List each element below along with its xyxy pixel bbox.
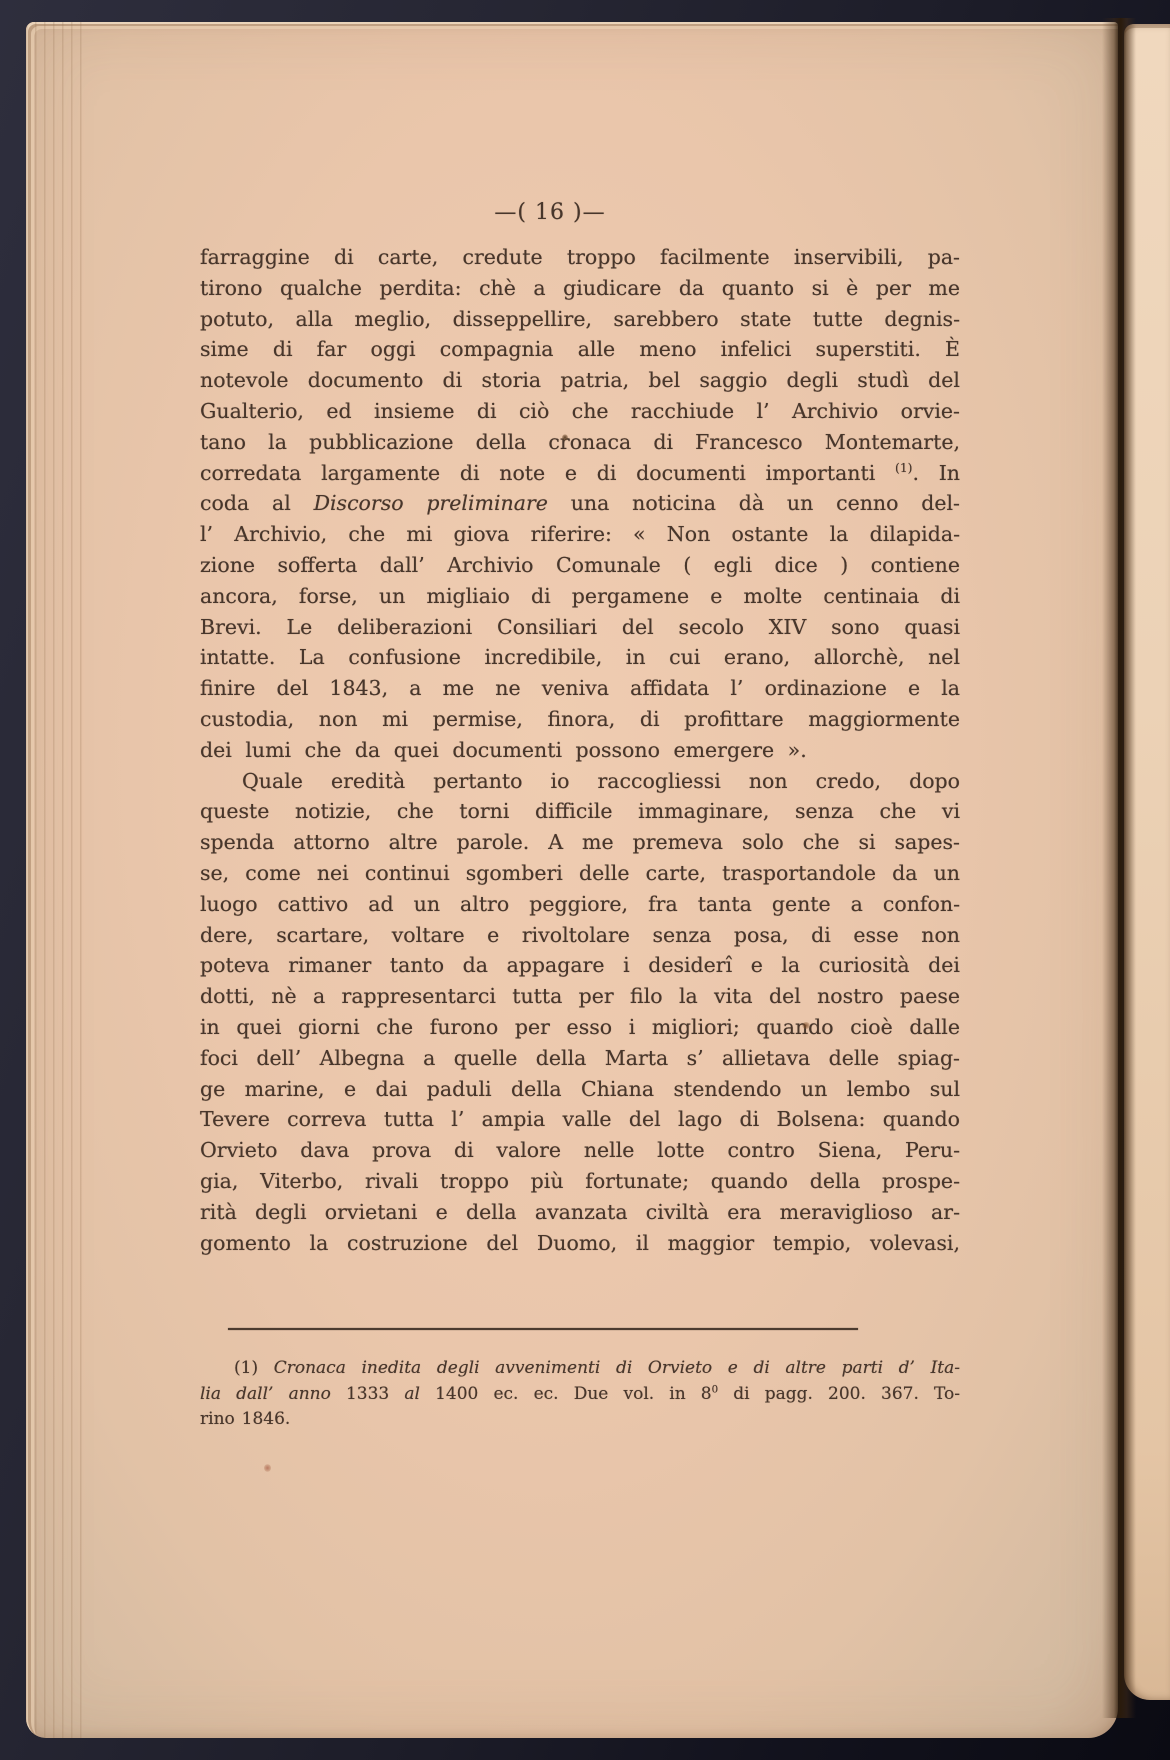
text-line: lia dall’ anno 1333 al 1400 ec. ec. Due … (200, 1382, 960, 1408)
text-segment: gomento la costruzione del Duomo, il mag… (200, 1231, 960, 1255)
text-segment: sime di far oggi compagnia alle meno inf… (200, 337, 960, 361)
text-line: l’ Archivio, che mi giova riferire: « No… (200, 519, 960, 550)
text-line: poteva rimaner tanto da appagare i desid… (200, 950, 960, 981)
text-segment: potuto, alla meglio, disseppellire, sare… (200, 307, 960, 331)
text-line: dotti, nè a rappresentarci tutta per fil… (200, 981, 960, 1012)
book-gutter-shadow (1102, 18, 1136, 1718)
text-segment: rità degli orvietani e della avanzata ci… (200, 1200, 960, 1224)
footnote: (1) Cronaca inedita degli avvenimenti di… (200, 1356, 960, 1433)
text-line: luogo cattivo ad un altro peggiore, fra … (200, 889, 960, 920)
paper-stain (802, 1022, 810, 1029)
text-segment: notevole documento di storia patria, bel… (200, 368, 960, 392)
text-segment: . In (912, 461, 960, 485)
text-segment: 1333 (346, 1384, 404, 1404)
text-segment: tano la pubblicazione della cronaca di F… (200, 430, 960, 454)
text-segment: al (404, 1384, 420, 1404)
text-segment: Discorso preliminare (314, 491, 548, 515)
text-line: gomento la costruzione del Duomo, il mag… (200, 1228, 960, 1259)
text-line: Quale eredità pertanto io raccogliessi n… (200, 766, 960, 797)
text-segment: spenda attorno altre parole. A me premev… (200, 830, 960, 854)
text-line: ancora, forse, un migliaio di pergamene … (200, 581, 960, 612)
text-segment: l’ Archivio, che mi giova riferire: « No… (200, 522, 960, 546)
text-line: queste notizie, che torni difficile imma… (200, 796, 960, 827)
text-line: notevole documento di storia patria, bel… (200, 365, 960, 396)
text-segment: Tevere correva tutta l’ ampia valle del … (200, 1107, 960, 1131)
text-segment: queste notizie, che torni difficile imma… (200, 799, 960, 823)
text-line: finire del 1843, a me ne veniva affidata… (200, 673, 960, 704)
text-line: dere, scartare, voltare e rivoltolare se… (200, 920, 960, 951)
text-segment: rino 1846. (200, 1409, 290, 1429)
text-segment: dotti, nè a rappresentarci tutta per fil… (200, 984, 960, 1008)
text-segment: (1) (895, 461, 912, 475)
text-segment: Quale eredità pertanto io raccogliessi n… (242, 769, 960, 793)
text-line: coda al Discorso preliminare una noticin… (200, 488, 960, 519)
text-line: se, come nei continui sgomberi delle car… (200, 858, 960, 889)
text-segment: luogo cattivo ad un altro peggiore, fra … (200, 892, 960, 916)
text-line: corredata largamente di note e di docume… (200, 458, 960, 489)
text-segment: gia, Viterbo, rivali troppo più fortunat… (200, 1169, 960, 1193)
scanned-book-photo: —( 16 )— farraggine di carte, credute tr… (0, 0, 1170, 1760)
text-segment: di pagg. 200. 367. To- (718, 1384, 960, 1404)
page-number-header: —( 16 )— (200, 186, 960, 228)
text-segment: corredata largamente di note e di docume… (200, 461, 895, 485)
page-content: —( 16 )— farraggine di carte, credute tr… (200, 186, 960, 1433)
text-line: Gualterio, ed insieme di ciò che racchiu… (200, 396, 960, 427)
paper-stain (264, 1464, 271, 1472)
text-line: in quei giorni che furono per esso i mig… (200, 1012, 960, 1043)
text-segment: dere, scartare, voltare e rivoltolare se… (200, 923, 960, 947)
text-line: Orvieto dava prova di valore nelle lotte… (200, 1135, 960, 1166)
text-segment: Gualterio, ed insieme di ciò che racchiu… (200, 399, 960, 423)
text-line: farraggine di carte, credute troppo faci… (200, 242, 960, 273)
text-segment: finire del 1843, a me ne veniva affidata… (200, 676, 960, 700)
text-line: potuto, alla meglio, disseppellire, sare… (200, 304, 960, 335)
text-line: custodia, non mi permise, finora, di pro… (200, 704, 960, 735)
text-line: dei lumi che da quei documenti possono e… (200, 735, 960, 766)
text-line: rità degli orvietani e della avanzata ci… (200, 1197, 960, 1228)
text-segment: coda al (200, 491, 314, 515)
text-segment: ge marine, e dai paduli della Chiana ste… (200, 1077, 960, 1101)
text-segment: tirono qualche perdita: chè a giudicare … (200, 276, 960, 300)
page-stack-edges (26, 22, 88, 1738)
text-segment: Brevi. Le deliberazioni Consiliari del s… (200, 615, 960, 639)
text-segment: ancora, forse, un migliaio di pergamene … (200, 584, 960, 608)
text-line: ge marine, e dai paduli della Chiana ste… (200, 1074, 960, 1105)
text-line: gia, Viterbo, rivali troppo più fortunat… (200, 1166, 960, 1197)
text-segment: Cronaca inedita degli avvenimenti di Orv… (274, 1358, 960, 1378)
text-segment: dei lumi che da quei documenti possono e… (200, 738, 807, 762)
text-segment: (1) (234, 1358, 274, 1378)
text-line: Brevi. Le deliberazioni Consiliari del s… (200, 612, 960, 643)
text-line: spenda attorno altre parole. A me premev… (200, 827, 960, 858)
text-segment: intatte. La confusione incredibile, in c… (200, 645, 960, 669)
body-text: farraggine di carte, credute troppo faci… (200, 242, 960, 1258)
text-line: rino 1846. (200, 1407, 960, 1433)
text-segment: in quei giorni che furono per esso i mig… (200, 1015, 960, 1039)
text-segment: foci dell’ Albegna a quelle della Marta … (200, 1046, 960, 1070)
text-segment: se, come nei continui sgomberi delle car… (200, 861, 960, 885)
text-segment: custodia, non mi permise, finora, di pro… (200, 707, 960, 731)
text-line: (1) Cronaca inedita degli avvenimenti di… (200, 1356, 960, 1382)
text-line: Tevere correva tutta l’ ampia valle del … (200, 1104, 960, 1135)
text-line: sime di far oggi compagnia alle meno inf… (200, 334, 960, 365)
text-line: zione sofferta dall’ Archivio Comunale (… (200, 550, 960, 581)
paper-stain (562, 434, 568, 441)
text-segment: zione sofferta dall’ Archivio Comunale (… (200, 553, 960, 577)
text-segment: 1400 ec. ec. Due vol. in 8 (420, 1384, 712, 1404)
text-line: intatte. La confusione incredibile, in c… (200, 642, 960, 673)
text-line: tirono qualche perdita: chè a giudicare … (200, 273, 960, 304)
text-line: tano la pubblicazione della cronaca di F… (200, 427, 960, 458)
book-page: —( 16 )— farraggine di carte, credute tr… (26, 22, 1118, 1738)
text-segment: Orvieto dava prova di valore nelle lotte… (200, 1138, 960, 1162)
text-segment: una noticina dà un cenno del- (548, 491, 960, 515)
text-line: foci dell’ Albegna a quelle della Marta … (200, 1043, 960, 1074)
text-segment: poteva rimaner tanto da appagare i desid… (200, 953, 960, 977)
text-segment: lia dall’ anno (200, 1384, 346, 1404)
footnote-separator (228, 1328, 858, 1330)
text-segment: farraggine di carte, credute troppo faci… (200, 245, 960, 269)
